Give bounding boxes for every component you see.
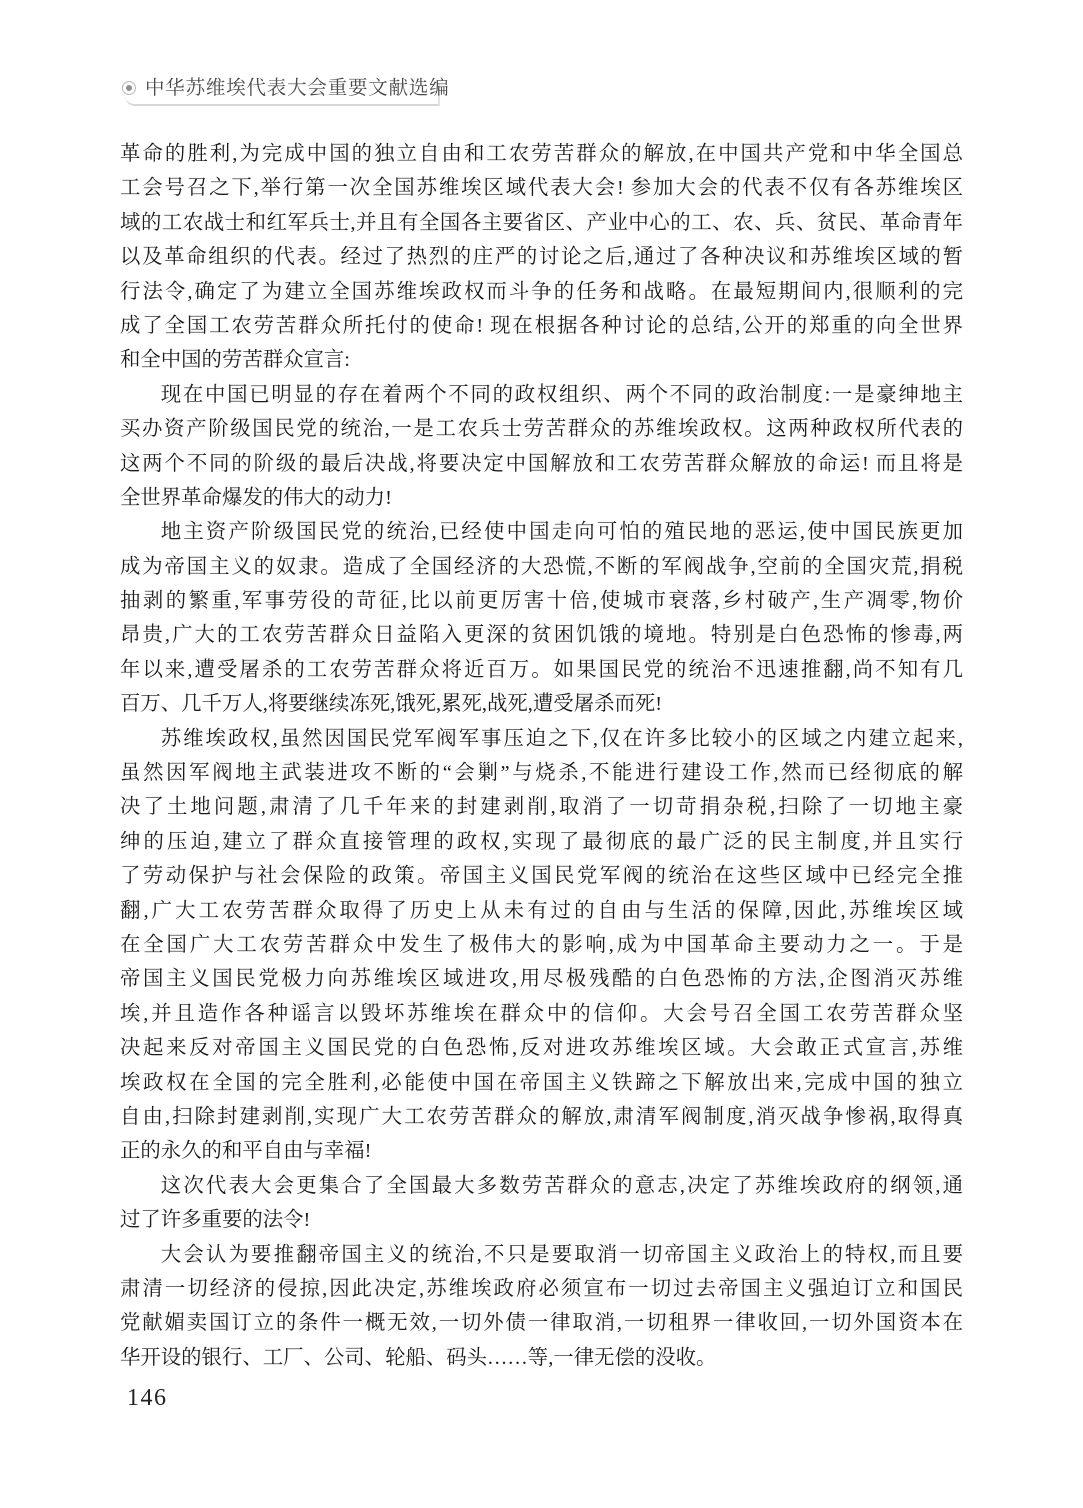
- book-page: 中华苏维埃代表大会重要文献选编 革命的胜利,为完成中国的独立自由和工农劳苦群众的…: [0, 0, 1083, 1508]
- text-line: 年以来,遭受屠杀的工农劳苦群众将近百万。如果国民党的统治不迅速推翻,尚不知有几: [120, 653, 963, 687]
- document-body: 革命的胜利,为完成中国的独立自由和工农劳苦群众的解放,在中国共产党和中华全国总 …: [120, 137, 963, 1375]
- text-line: 行法令,确定了为建立全国苏维埃政权而斗争的任务和战略。在最短期间内,很顺利的完: [120, 275, 963, 309]
- text-line: 买办资产阶级国民党的统治,一是工农兵士劳苦群众的苏维埃政权。这两种政权所代表的: [120, 412, 963, 446]
- text-line: 华开设的银行、工厂、公司、轮船、码头……等,一律无偿的没收。: [120, 1341, 963, 1375]
- text-line: 工会号召之下,举行第一次全国苏维埃区域代表大会! 参加大会的代表不仅有各苏维埃区: [120, 171, 963, 205]
- text-line: 全世界革命爆发的伟大的动力!: [120, 481, 963, 515]
- text-line: 肃清一切经济的侵掠,因此决定,苏维埃政府必须宣布一切过去帝国主义强迫订立和国民: [120, 1272, 963, 1306]
- text-line: 埃,并且造作各种谣言以毁坏苏维埃在群众中的信仰。大会号召全国工农劳苦群众坚: [120, 997, 963, 1031]
- text-line: 成为帝国主义的奴隶。造成了全国经济的大恐慌,不断的军阀战争,空前的全国灾荒,捐税: [120, 550, 963, 584]
- text-line: 党献媚卖国订立的条件一概无效,一切外债一律取消,一切租界一律收回,一切外国资本在: [120, 1306, 963, 1340]
- text-line: 决了土地问题,肃清了几千年来的封建剥削,取消了一切苛捐杂税,扫除了一切地主豪: [120, 790, 963, 824]
- text-line: 和全中国的劳苦群众宣言:: [120, 343, 963, 377]
- text-line: 埃政权在全国的完全胜利,必能使中国在帝国主义铁蹄之下解放出来,完成中国的独立: [120, 1066, 963, 1100]
- text-line: 正的永久的和平自由与幸福!: [120, 1134, 963, 1168]
- text-line: 昂贵,广大的工农劳苦群众日益陷入更深的贫困饥饿的境地。特别是白色恐怖的惨毒,两: [120, 618, 963, 652]
- text-line: 大会认为要推翻帝国主义的统治,不只是要取消一切帝国主义政治上的特权,而且要: [120, 1238, 963, 1272]
- text-line: 绅的压迫,建立了群众直接管理的政权,实现了最彻底的最广泛的民主制度,并且实行: [120, 825, 963, 859]
- text-line: 域的工农战士和红军兵士,并且有全国各主要省区、产业中心的工、农、兵、贫民、革命青…: [120, 206, 963, 240]
- text-line: 现在中国已明显的存在着两个不同的政权组织、两个不同的政治制度:一是豪绅地主: [120, 378, 963, 412]
- text-line: 以及革命组织的代表。经过了热烈的庄严的讨论之后,通过了各种决议和苏维埃区域的暂: [120, 240, 963, 274]
- text-line: 这两个不同的阶级的最后决战,将要决定中国解放和工农劳苦群众解放的命运! 而且将是: [120, 447, 963, 481]
- text-line: 自由,扫除封建剥削,实现广大工农劳苦群众的解放,肃清军阀制度,消灭战争惨祸,取得…: [120, 1100, 963, 1134]
- running-header: 中华苏维埃代表大会重要文献选编: [122, 76, 462, 110]
- text-line: 成了全国工农劳苦群众所托付的使命! 现在根据各种讨论的总结,公开的郑重的向全世界: [120, 309, 963, 343]
- text-line: 这次代表大会更集合了全国最大多数劳苦群众的意志,决定了苏维埃政府的纲领,通: [120, 1169, 963, 1203]
- book-title: 中华苏维埃代表大会重要文献选编: [145, 77, 450, 99]
- text-line: 决起来反对帝国主义国民党的白色恐怖,反对进攻苏维埃区域。大会敢正式宣言,苏维: [120, 1031, 963, 1065]
- text-line: 了劳动保护与社会保险的政策。帝国主义国民党军阀的统治在这些区域中已经完全推: [120, 859, 963, 893]
- text-line: 地主资产阶级国民党的统治,已经使中国走向可怕的殖民地的恶运,使中国民族更加: [120, 515, 963, 549]
- text-line: 翻,广大工农劳苦群众取得了历史上从未有过的自由与生活的保障,因此,苏维埃区域: [120, 894, 963, 928]
- text-line: 在全国广大工农劳苦群众中发生了极伟大的影响,成为中国革命主要动力之一。于是: [120, 928, 963, 962]
- text-line: 革命的胜利,为完成中国的独立自由和工农劳苦群众的解放,在中国共产党和中华全国总: [120, 137, 963, 171]
- text-line: 帝国主义国民党极力向苏维埃区域进攻,用尽极残酷的白色恐怖的方法,企图消灭苏维: [120, 962, 963, 996]
- text-line: 苏维埃政权,虽然因国民党军阀军事压迫之下,仅在许多比较小的区域之内建立起来,: [120, 722, 963, 756]
- text-line: 虽然因军阀地主武装进攻不断的“会剿”与烧杀,不能进行建设工作,然而已经彻底的解: [120, 756, 963, 790]
- page-number: 146: [127, 1385, 168, 1412]
- text-line: 过了许多重要的法令!: [120, 1203, 963, 1237]
- text-line: 百万、几千万人,将要继续冻死,饿死,累死,战死,遭受屠杀而死!: [120, 687, 963, 721]
- text-line: 抽剥的繁重,军事劳役的苛征,比以前更厉害十倍,使城市衰落,乡村破产,生产凋零,物…: [120, 584, 963, 618]
